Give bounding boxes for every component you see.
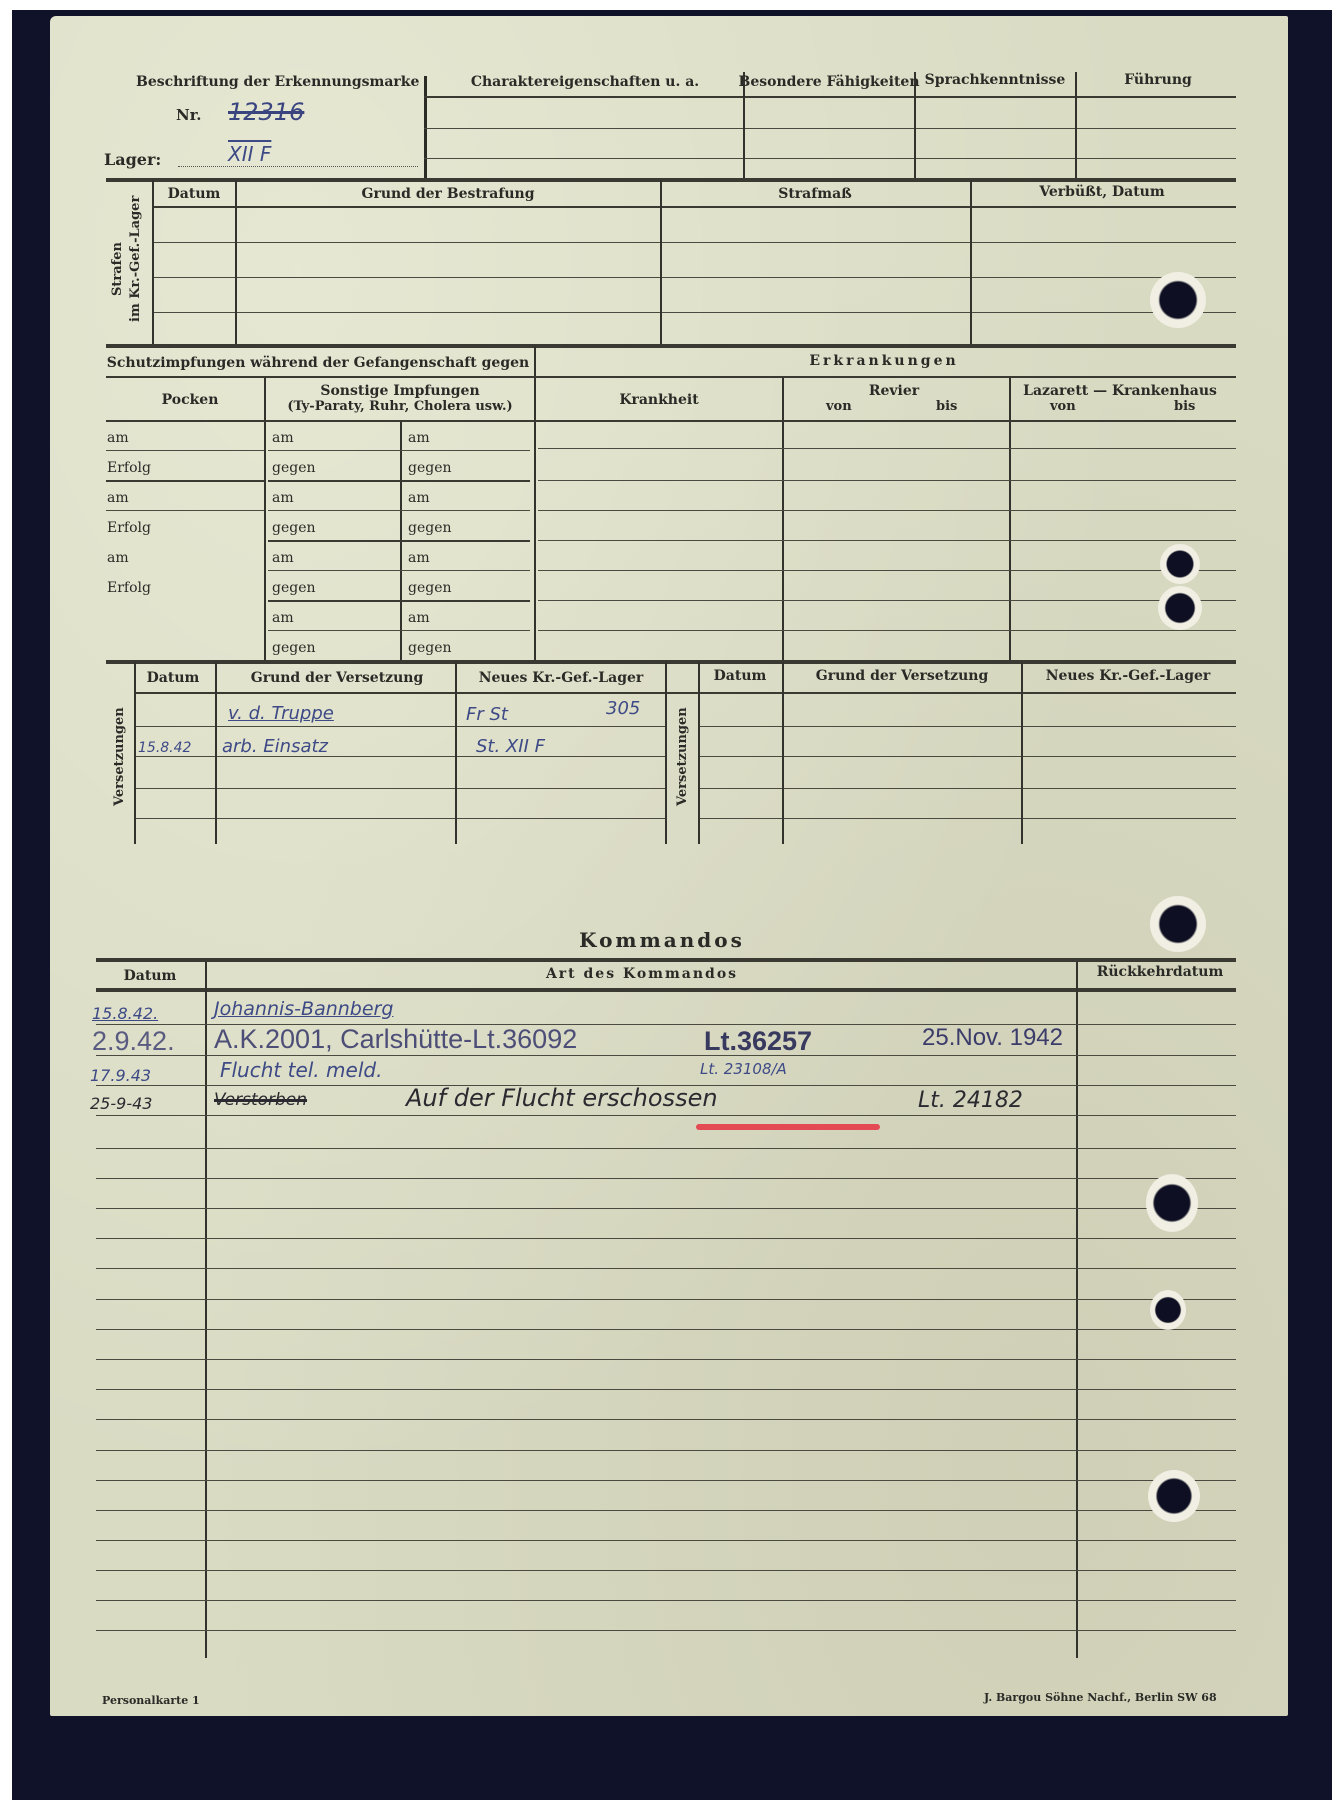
kommandos-col-art: Art des Kommandos [546, 966, 738, 982]
ruled-line [96, 1115, 1236, 1116]
divider [152, 180, 154, 344]
divider [424, 96, 1236, 98]
divider [660, 180, 662, 344]
kommandos-col-rueckkehr: Rückkehrdatum [1097, 964, 1224, 980]
versetzung-2-datum: 15.8.42 [138, 740, 191, 756]
divider [538, 510, 1236, 511]
divider [106, 420, 1236, 422]
sonstige-a-row-5: am [272, 550, 294, 566]
divider [134, 788, 666, 789]
divider [152, 312, 1236, 313]
divider [215, 662, 217, 844]
divider [1076, 962, 1078, 1658]
ruled-line [96, 1359, 1236, 1360]
punch-hole [1150, 272, 1206, 328]
kommando-3-art: Flucht tel. meld. [220, 1058, 382, 1082]
divider [700, 726, 1236, 727]
form-code: Personalkarte 1 [102, 1694, 200, 1707]
ruled-line [96, 1299, 1236, 1300]
divider [235, 180, 237, 344]
kommandos-title: Kommandos [579, 928, 745, 952]
divider [268, 570, 530, 571]
lager-dotted-line [178, 166, 418, 167]
strafen-side-label-1: Strafen [110, 242, 125, 296]
sonstige-a-row-3: am [272, 490, 294, 506]
divider [782, 662, 784, 844]
divider [970, 180, 972, 344]
impfungen-sonstige: Sonstige Impfungen [320, 383, 479, 399]
divider [106, 510, 264, 511]
ruled-line [96, 1600, 1236, 1601]
sonstige-b-row-2: gegen [408, 460, 452, 476]
versetzung-1-lager: Fr St [466, 704, 508, 725]
lager-label: Lager: [104, 150, 161, 169]
divider [700, 818, 1236, 819]
sonstige-a-row-6: gegen [272, 580, 316, 596]
divider [152, 277, 1236, 278]
erkr-lazarett-bis: bis [1174, 399, 1195, 414]
erkr-revier-bis: bis [936, 399, 957, 414]
red-underline-mark [696, 1124, 880, 1130]
pocken-row-2: Erfolg [107, 460, 151, 476]
versetzung-1-grund: v. d. Truppe [228, 703, 334, 724]
pocken-row-4: Erfolg [107, 520, 151, 536]
kommando-4-datum: 25-9-43 [90, 1094, 152, 1113]
pocken-row-3: am [107, 490, 129, 506]
punch-hole [1150, 1290, 1186, 1330]
divider [152, 242, 1236, 243]
divider [538, 448, 1236, 449]
divider [700, 756, 1236, 757]
divider [134, 818, 666, 819]
divider [106, 660, 1236, 664]
versetzung-2-lager: St. XII F [476, 736, 545, 757]
sonstige-b-row-1: am [408, 430, 430, 446]
sonstige-a-row-4: gegen [272, 520, 316, 536]
versetzungen-col-lager-2: Neues Kr.-Gef.-Lager [1046, 668, 1211, 684]
strafen-side-label-2: im Kr.-Gef.-Lager [128, 196, 143, 322]
ruled-line [96, 1630, 1236, 1631]
sonstige-b-row-3: am [408, 490, 430, 506]
ruled-line [96, 1389, 1236, 1390]
divider [424, 158, 1236, 159]
divider [268, 480, 530, 482]
erkrankungen-heading: Erkrankungen [809, 353, 958, 369]
erkr-lazarett: Lazarett — Krankenhaus [1023, 383, 1217, 399]
sonstige-b-row-8: gegen [408, 640, 452, 656]
sonstige-a-row-1: am [272, 430, 294, 446]
pocken-row-5: am [107, 550, 129, 566]
strafen-col-strafmass: Strafmaß [778, 186, 852, 202]
ruled-line [96, 1148, 1236, 1149]
erkr-lazarett-von: von [1050, 399, 1076, 414]
erkr-revier: Revier [869, 383, 919, 399]
divider [106, 480, 264, 482]
pocken-row-1: am [107, 430, 129, 446]
divider [106, 376, 1236, 378]
divider [106, 178, 1236, 182]
versetzungen-side-label-right: Versetzungen [675, 707, 690, 806]
sonstige-a-row-2: gegen [272, 460, 316, 476]
divider [698, 662, 700, 844]
kommando-2-extra: Lt.36257 [704, 1026, 812, 1057]
ruled-line [96, 1178, 1236, 1179]
ruled-line [96, 1238, 1236, 1239]
versetzung-2-grund: arb. Einsatz [222, 736, 328, 757]
divider [424, 128, 1236, 129]
header-faehigkeiten: Besondere Fähigkeiten [738, 74, 919, 90]
strafen-col-datum: Datum [168, 186, 221, 202]
divider [106, 450, 264, 451]
kommando-1-art: Johannis-Bannberg [214, 998, 393, 1020]
divider [96, 988, 1236, 992]
header-sprachen: Sprachkenntnisse [925, 72, 1066, 88]
strafen-col-grund: Grund der Bestrafung [361, 186, 534, 202]
kommando-4-struck-text: Verstorben [214, 1090, 307, 1110]
punch-hole [1148, 1470, 1200, 1522]
sonstige-a-row-7: am [272, 610, 294, 626]
ruled-line [96, 1208, 1236, 1209]
ruled-line [96, 1450, 1236, 1451]
divider [538, 480, 1236, 481]
divider [152, 206, 1236, 208]
divider [1021, 662, 1023, 844]
printer-imprint: J. Bargou Söhne Nachf., Berlin SW 68 [984, 1691, 1217, 1704]
versetzungen-side-label-left: Versetzungen [112, 707, 127, 806]
divider [268, 630, 530, 631]
sonstige-a-row-8: gegen [272, 640, 316, 656]
kommando-1-datum: 15.8.42. [92, 1004, 158, 1023]
divider [700, 788, 1236, 789]
ruled-line [96, 1480, 1236, 1481]
tag-heading: Beschriftung der Erkennungsmarke [136, 74, 419, 90]
versetzungen-col-datum-2: Datum [714, 668, 767, 684]
divider [134, 662, 136, 844]
divider [268, 600, 530, 602]
versetzungen-col-grund: Grund der Versetzung [251, 670, 424, 686]
divider [665, 662, 667, 844]
nr-value: 12316 [228, 98, 304, 126]
divider [134, 756, 666, 757]
ruled-line [96, 1510, 1236, 1511]
versetzungen-col-lager: Neues Kr.-Gef.-Lager [479, 670, 644, 686]
divider [96, 958, 1236, 962]
sonstige-b-row-6: gegen [408, 580, 452, 596]
ruled-line [96, 1268, 1236, 1269]
divider [534, 346, 536, 660]
divider [268, 540, 530, 542]
erkr-krankheit: Krankheit [619, 392, 698, 408]
punch-hole [1158, 586, 1202, 630]
nr-label: Nr. [176, 106, 201, 124]
divider [538, 600, 1236, 601]
versetzungen-col-datum: Datum [147, 670, 200, 686]
ruled-line [96, 1419, 1236, 1420]
kommando-4-art: Auf der Flucht erschossen [406, 1084, 718, 1112]
sonstige-b-row-5: am [408, 550, 430, 566]
strafen-col-verbuesst: Verbüßt, Datum [1039, 184, 1164, 200]
divider [134, 692, 1236, 694]
divider [106, 344, 1236, 348]
divider [134, 726, 666, 727]
punch-hole [1160, 544, 1200, 584]
kommando-2-date-stamp: 25.Nov. 1942 [922, 1024, 1063, 1052]
versetzung-1-lager-extra: 305 [606, 698, 640, 719]
divider [268, 510, 530, 511]
ruled-line [96, 1540, 1236, 1541]
kommando-2-art: A.K.2001, Carlshütte-Lt.36092 [214, 1024, 577, 1055]
header-charakter: Charaktereigenschaften u. a. [471, 74, 699, 90]
divider [424, 76, 427, 178]
kommando-4-extra: Lt. 24182 [918, 1088, 1023, 1113]
sonstige-b-row-7: am [408, 610, 430, 626]
pocken-row-6: Erfolg [107, 580, 151, 596]
ruled-line [96, 1055, 1236, 1056]
impfungen-pocken: Pocken [162, 392, 219, 408]
header-fuehrung: Führung [1124, 72, 1192, 88]
kommando-2-datum: 2.9.42. [92, 1026, 175, 1057]
sonstige-b-row-4: gegen [408, 520, 452, 536]
kommandos-col-datum: Datum [124, 968, 177, 984]
ruled-line [96, 1329, 1236, 1330]
lager-value: XII F [228, 142, 271, 166]
punch-hole [1150, 896, 1206, 952]
ruled-line [96, 1570, 1236, 1571]
erkr-revier-von: von [826, 399, 852, 414]
impfungen-heading: Schutzimpfungen während der Gefangenscha… [107, 355, 529, 371]
divider [455, 662, 457, 844]
divider [538, 540, 1236, 541]
punch-hole [1146, 1174, 1198, 1232]
kommando-3-datum: 17.9.43 [90, 1066, 151, 1085]
kommando-3-extra: Lt. 23108/A [700, 1060, 787, 1078]
divider [205, 962, 207, 1658]
versetzungen-col-grund-2: Grund der Versetzung [816, 668, 989, 684]
divider [1075, 72, 1077, 178]
divider [538, 630, 1236, 631]
divider [268, 450, 530, 451]
divider [538, 570, 1236, 571]
impfungen-sonstige-sub: (Ty-Paraty, Ruhr, Cholera usw.) [287, 399, 512, 414]
